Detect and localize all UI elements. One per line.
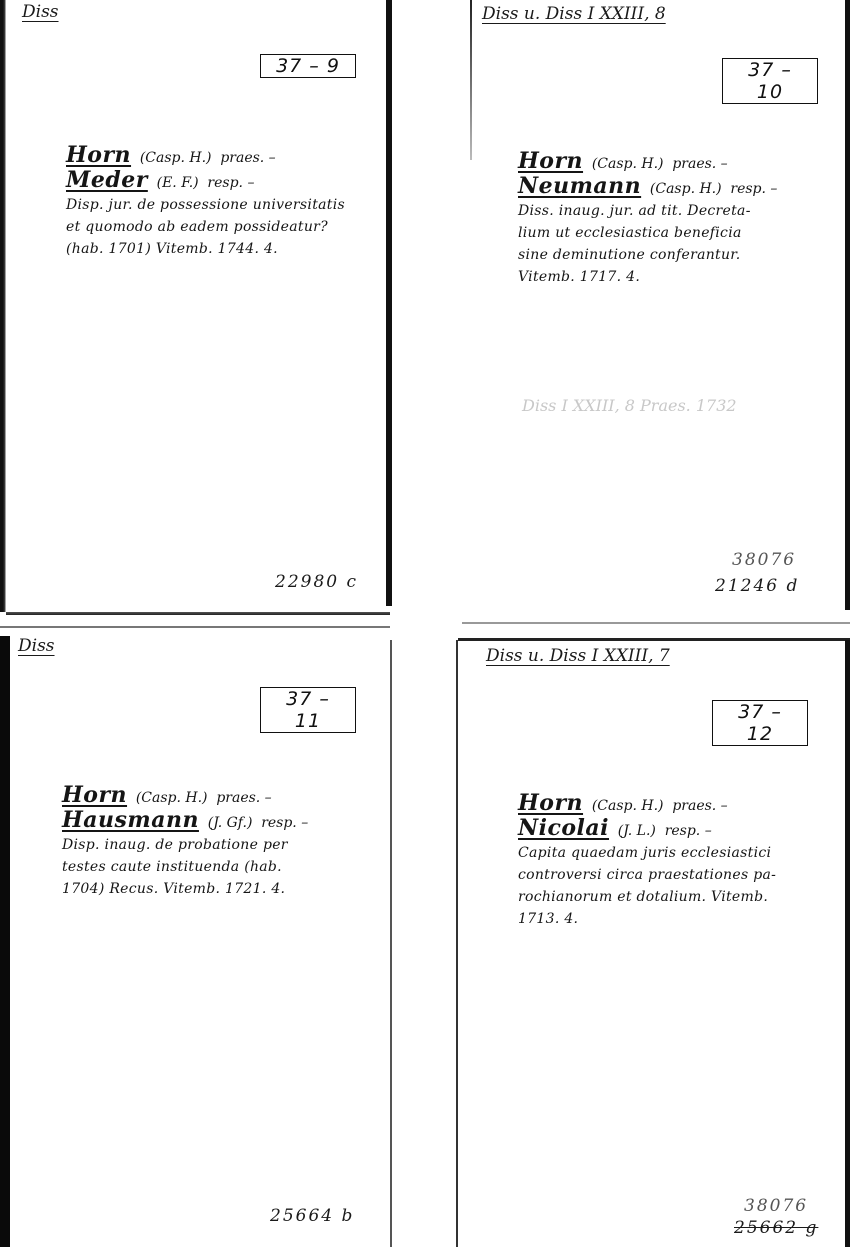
praeses-role: praes. – xyxy=(216,790,271,806)
respondent-initials: (E. F.) xyxy=(157,175,199,191)
title-line: lium ut ecclesiastica beneficia xyxy=(518,222,777,244)
accession-number: 38076 xyxy=(744,1196,808,1216)
catalog-entry: Horn (Casp. H.) praes. – Nicolai (J. L.)… xyxy=(518,792,776,930)
praeses-role: praes. – xyxy=(672,798,727,814)
catalog-entry: Horn (Casp. H.) praes. – Meder (E. F.) r… xyxy=(66,144,345,260)
praeses-line: Horn (Casp. H.) praes. – xyxy=(66,144,345,169)
praeses-surname: Horn xyxy=(518,790,583,816)
respondent-role: resp. – xyxy=(730,181,777,197)
card-edge xyxy=(845,0,850,610)
card-edge xyxy=(462,622,850,624)
respondent-surname: Neumann xyxy=(518,173,641,199)
card-edge xyxy=(0,0,6,612)
respondent-line: Nicolai (J. L.) resp. – xyxy=(518,817,776,842)
praeses-role: praes. – xyxy=(672,156,727,172)
card-edge xyxy=(390,640,392,1247)
praeses-initials: (Casp. H.) xyxy=(592,798,664,814)
title-line: rochianorum et dotalium. Vitemb. xyxy=(518,886,776,908)
card-edge xyxy=(458,638,850,641)
shelf-mark: Diss u. Diss I XXIII, 7 xyxy=(486,646,670,666)
praeses-surname: Horn xyxy=(66,142,131,168)
respondent-role: resp. – xyxy=(665,823,712,839)
title-line: (hab. 1701) Vitemb. 1744. 4. xyxy=(66,238,345,260)
praeses-line: Horn (Casp. H.) praes. – xyxy=(518,150,777,175)
title-line: controversi circa praestationes pa- xyxy=(518,864,776,886)
shelf-mark: Diss u. Diss I XXIII, 8 xyxy=(482,4,666,24)
card-edge xyxy=(6,612,390,615)
call-number: 37 – 9 xyxy=(260,54,356,78)
respondent-initials: (J. L.) xyxy=(618,823,656,839)
card-edge xyxy=(470,0,472,160)
card-edge xyxy=(386,0,392,606)
card-edge xyxy=(0,636,10,1247)
accession-number: 38076 xyxy=(732,550,796,570)
respondent-initials: (Casp. H.) xyxy=(650,181,722,197)
accession-number: 21246 d xyxy=(715,576,799,596)
title-line: et quomodo ab eadem possideatur? xyxy=(66,216,345,238)
title-line: sine deminutione conferantur. xyxy=(518,244,777,266)
catalog-entry: Horn (Casp. H.) praes. – Neumann (Casp. … xyxy=(518,150,777,288)
catalog-card-1 xyxy=(0,0,390,618)
card-edge xyxy=(456,640,458,1247)
praeses-surname: Horn xyxy=(518,148,583,174)
accession-number-struck: 25662 g xyxy=(734,1218,818,1238)
catalog-entry: Horn (Casp. H.) praes. – Hausmann (J. Gf… xyxy=(62,784,308,900)
shelf-mark: Diss xyxy=(18,636,55,656)
respondent-surname: Hausmann xyxy=(62,807,199,833)
praeses-initials: (Casp. H.) xyxy=(136,790,208,806)
title-line: Disp. jur. de possessione universitatis xyxy=(66,194,345,216)
accession-number: 22980 c xyxy=(275,572,358,592)
praeses-initials: (Casp. H.) xyxy=(592,156,664,172)
respondent-line: Meder (E. F.) resp. – xyxy=(66,169,345,194)
title-line: Diss. inaug. jur. ad tit. Decreta- xyxy=(518,200,777,222)
scanned-catalog-sheet: Diss 37 – 9 Horn (Casp. H.) praes. – Med… xyxy=(0,0,850,1247)
card-edge xyxy=(0,626,390,628)
title-line: Capita quaedam juris ecclesiastici xyxy=(518,842,776,864)
praeses-role: praes. – xyxy=(220,150,275,166)
respondent-role: resp. – xyxy=(207,175,254,191)
respondent-surname: Meder xyxy=(66,167,148,193)
praeses-initials: (Casp. H.) xyxy=(140,150,212,166)
respondent-line: Hausmann (J. Gf.) resp. – xyxy=(62,809,308,834)
praeses-surname: Horn xyxy=(62,782,127,808)
call-number: 37 – 11 xyxy=(260,687,356,733)
respondent-surname: Nicolai xyxy=(518,815,609,841)
respondent-role: resp. – xyxy=(261,815,308,831)
title-line: testes caute instituenda (hab. xyxy=(62,856,308,878)
praeses-line: Horn (Casp. H.) praes. – xyxy=(518,792,776,817)
praeses-line: Horn (Casp. H.) praes. – xyxy=(62,784,308,809)
respondent-initials: (J. Gf.) xyxy=(208,815,253,831)
respondent-line: Neumann (Casp. H.) resp. – xyxy=(518,175,777,200)
title-line: 1713. 4. xyxy=(518,908,776,930)
title-line: Disp. inaug. de probatione per xyxy=(62,834,308,856)
accession-number: 25664 b xyxy=(270,1206,354,1226)
card-edge xyxy=(845,640,850,1247)
call-number: 37 – 12 xyxy=(712,700,808,746)
faint-erased-note: Diss I XXIII, 8 Praes. 1732 xyxy=(522,396,737,415)
call-number: 37 – 10 xyxy=(722,58,818,104)
title-line: Vitemb. 1717. 4. xyxy=(518,266,777,288)
title-line: 1704) Recus. Vitemb. 1721. 4. xyxy=(62,878,308,900)
shelf-mark: Diss xyxy=(22,2,59,22)
